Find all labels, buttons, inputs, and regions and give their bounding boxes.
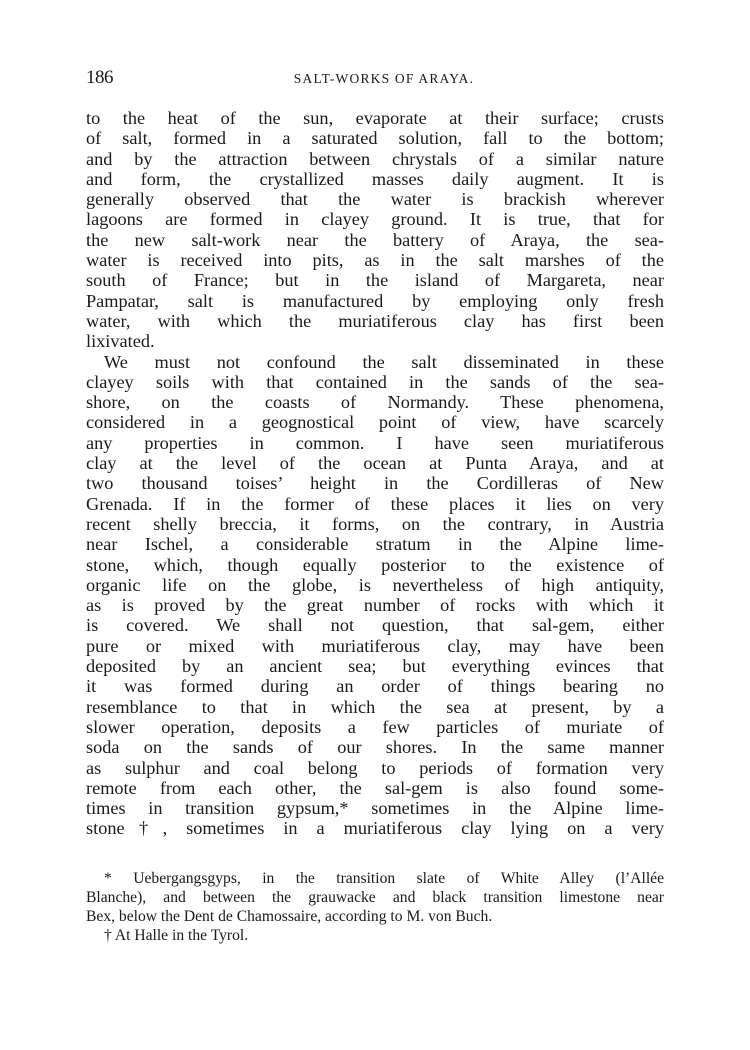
text-line: two thousand toises’ height in the Cordi…	[86, 473, 664, 493]
paragraph-start-line: We must not confound the salt disseminat…	[86, 352, 664, 372]
text-line: and by the attraction between chrystals …	[86, 149, 664, 169]
text-line: resemblance to that in which the sea at …	[86, 697, 664, 717]
text-line: any properties in common. I have seen mu…	[86, 433, 664, 453]
text-line: south of France; but in the island of Ma…	[86, 270, 664, 290]
text-line: generally observed that the water is bra…	[86, 189, 664, 209]
text-line: recent shelly breccia, it forms, on the …	[86, 514, 664, 534]
footnote-dagger: † At Halle in the Tyrol.	[86, 926, 664, 945]
body-text: to the heat of the sun, evaporate at the…	[86, 108, 664, 839]
running-title: SALT-WORKS OF ARAYA.	[86, 68, 664, 90]
text-line: lixivated.	[86, 331, 664, 351]
text-line: shore, on the coasts of Normandy. These …	[86, 392, 664, 412]
text-line: as sulphur and coal belong to periods of…	[86, 758, 664, 778]
text-line: near Ischel, a considerable stratum in t…	[86, 534, 664, 554]
text-line: the new salt-work near the battery of Ar…	[86, 230, 664, 250]
text-line: Grenada. If in the former of these place…	[86, 494, 664, 514]
footnote-line: Bex, below the Dent de Chamossaire, acco…	[86, 907, 664, 926]
text-line: and form, the crystallized masses daily …	[86, 169, 664, 189]
text-line: soda on the sands of our shores. In the …	[86, 737, 664, 757]
text-line: deposited by an ancient sea; but everyth…	[86, 656, 664, 676]
text-line: Pampatar, salt is manufactured by employ…	[86, 291, 664, 311]
text-line: clayey soils with that contained in the …	[86, 372, 664, 392]
text-line: water, with which the muriatiferous clay…	[86, 311, 664, 331]
text-line: it was formed during an order of things …	[86, 676, 664, 696]
footnote-asterisk: * Uebergangsgyps, in the transition slat…	[86, 869, 664, 888]
text-line: of salt, formed in a saturated solution,…	[86, 128, 664, 148]
text-line: remote from each other, the sal-gem is a…	[86, 778, 664, 798]
text-line: water is received into pits, as in the s…	[86, 250, 664, 270]
text-line: lagoons are formed in clayey ground. It …	[86, 209, 664, 229]
text-line: to the heat of the sun, evaporate at the…	[86, 108, 664, 128]
text-line: clay at the level of the ocean at Punta …	[86, 453, 664, 473]
text-line: organic life on the globe, is neverthele…	[86, 575, 664, 595]
text-line: stone†, sometimes in a muriatiferous cla…	[86, 818, 664, 838]
running-head: 186 SALT-WORKS OF ARAYA.	[86, 66, 664, 90]
text-line: considered in a geognostical point of vi…	[86, 412, 664, 432]
text-line: is covered. We shall not question, that …	[86, 615, 664, 635]
text-line: times in transition gypsum,* sometimes i…	[86, 798, 664, 818]
text-line: stone, which, though equally posterior t…	[86, 555, 664, 575]
book-page: 186 SALT-WORKS OF ARAYA. to the heat of …	[0, 0, 750, 1050]
text-line: pure or mixed with muriatiferous clay, m…	[86, 636, 664, 656]
footnote-line: Blanche), and between the grauwacke and …	[86, 888, 664, 907]
footnotes: * Uebergangsgyps, in the transition slat…	[86, 869, 664, 945]
text-line: as is proved by the great number of rock…	[86, 595, 664, 615]
text-line: slower operation, deposits a few particl…	[86, 717, 664, 737]
